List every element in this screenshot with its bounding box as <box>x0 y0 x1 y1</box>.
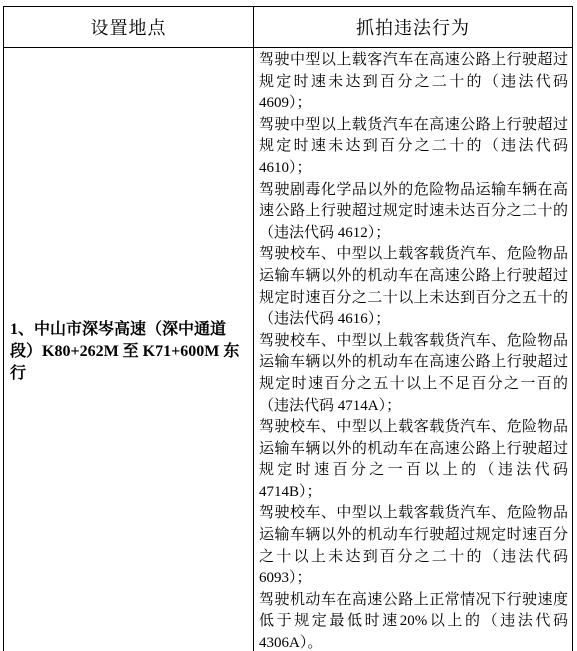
violation-item: 驾驶剧毒化学品以外的危险物品运输车辆在高速公路上行驶超过规定时速未达百分之二十的… <box>259 180 568 245</box>
location-cell: 1、中山市深岑高速（深中通道段）K80+262M 至 K71+600M 东行 <box>4 48 254 651</box>
violation-item: 驾驶中型以上载货汽车在高速公路上行驶超过规定时速未达到百分之二十的（违法代码 4… <box>259 115 568 180</box>
header-violations: 抓拍违法行为 <box>254 7 573 48</box>
document-page: 设置地点 抓拍违法行为 1、中山市深岑高速（深中通道段）K80+262M 至 K… <box>0 0 577 651</box>
violation-item: 驾驶校车、中型以上载客载货汽车、危险物品运输车辆以外的机动车在高速公路上行驶超过… <box>259 331 568 417</box>
violation-item: 驾驶校车、中型以上载客载货汽车、危险物品运输车辆以外的机动车在高速公路上行驶超过… <box>259 244 568 330</box>
violation-item: 驾驶机动车在高速公路上正常情况下行驶速度低于规定最低时速20%以上的（违法代码4… <box>259 590 568 651</box>
camera-location-table: 设置地点 抓拍违法行为 1、中山市深岑高速（深中通道段）K80+262M 至 K… <box>3 6 573 651</box>
violations-cell: 驾驶中型以上载客汽车在高速公路上行驶超过规定时速未达到百分之二十的（违法代码 4… <box>254 48 573 651</box>
violation-item: 驾驶中型以上载客汽车在高速公路上行驶超过规定时速未达到百分之二十的（违法代码 4… <box>259 50 568 115</box>
location-text: 1、中山市深岑高速（深中通道段）K80+262M 至 K71+600M 东行 <box>10 319 249 385</box>
violation-item: 驾驶校车、中型以上载客载货汽车、危险物品运输车辆以外的机动车在高速公路上行驶超过… <box>259 417 568 503</box>
violations-list: 驾驶中型以上载客汽车在高速公路上行驶超过规定时速未达到百分之二十的（违法代码 4… <box>259 50 568 651</box>
violation-item: 驾驶校车、中型以上载客载货汽车、危险物品运输车辆以外的机动车行驶超过规定时速百分… <box>259 503 568 589</box>
table-header-row: 设置地点 抓拍违法行为 <box>4 7 573 48</box>
header-location: 设置地点 <box>4 7 254 48</box>
table-row: 1、中山市深岑高速（深中通道段）K80+262M 至 K71+600M 东行 驾… <box>4 48 573 651</box>
